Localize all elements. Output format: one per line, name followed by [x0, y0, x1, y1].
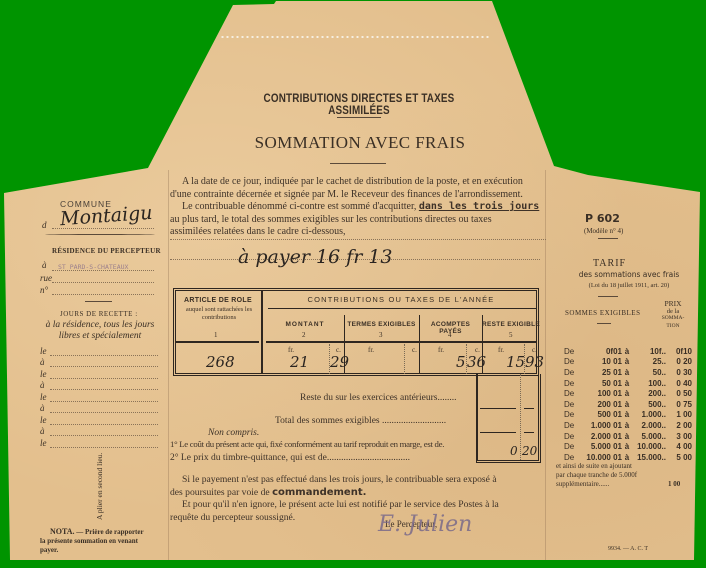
cell-reste-fr: 15: [506, 353, 525, 371]
group-underline: [268, 308, 536, 309]
col-header-article: ARTICLE DE ROLE: [178, 297, 258, 304]
unit-c: c.: [412, 346, 417, 354]
signature: E. Julien: [378, 512, 472, 537]
cell-acomptes-fr: 5: [456, 353, 466, 371]
tarif-to: 50..: [632, 368, 666, 377]
para2-line1: Le contribuable dénommé ci-contre est so…: [170, 201, 546, 214]
reste-du-text: Reste du sur les exercices antérieurs: [300, 393, 437, 403]
tarif-a: à: [622, 357, 632, 366]
tarif-row: De10.000 01à15.000..5 00: [564, 452, 694, 463]
tarif-from: 0f01: [586, 347, 622, 356]
tarif-row: De25 01à50..0 30: [564, 367, 694, 378]
right-divider: [598, 238, 618, 239]
header-divider: [337, 117, 381, 118]
tarif-to: 25..: [632, 357, 666, 366]
tarif-de: De: [564, 400, 586, 409]
warning-paragraph: Si le payement n'est pas effectué dans l…: [170, 474, 546, 524]
tarif-law: (Loi du 18 juillet 1911, art. 20): [556, 282, 702, 289]
title-divider: [330, 163, 386, 164]
total-label: Total des sommes exigibles .............…: [275, 415, 446, 428]
schedule-label: à: [40, 380, 50, 390]
jours-text-line2: libres et spécialement: [30, 331, 170, 342]
printer-code: 9934. — A. C. T: [608, 546, 648, 552]
tarif-row: De1.000 01à2.000..2 00: [564, 420, 694, 431]
handwritten-amount: à payer 16 fr 13: [238, 246, 393, 268]
form-code: P 602: [585, 212, 620, 225]
tarif-price: 1 00: [666, 410, 692, 419]
schedule-label: le: [40, 438, 50, 448]
group-header: CONTRIBUTIONS OU TAXES DE L'ANNÉE: [266, 295, 536, 304]
tarif-row: De50 01à100..0 40: [564, 378, 694, 389]
tarif-row: De5.000 01à10.000..4 00: [564, 441, 694, 452]
total-line: [524, 432, 534, 433]
tarif-extra-price: 1 00: [668, 480, 696, 489]
tarif-price: 4 00: [666, 442, 692, 451]
schedule-row: le: [40, 344, 158, 356]
tarif-from: 200 01: [586, 400, 622, 409]
commune-flourish: [45, 234, 155, 235]
tarif-price: 2 00: [666, 421, 692, 430]
tarif-row: De500 01à1.000..1 00: [564, 410, 694, 421]
reste-du-line: [524, 408, 534, 409]
rue-field[interactable]: [52, 282, 154, 283]
prix-line4: TION: [648, 323, 698, 331]
nota-text3: payer.: [40, 546, 162, 555]
tarif-title: TARIF: [593, 258, 626, 269]
schedule-field[interactable]: [50, 424, 158, 425]
cents-divider: [404, 344, 405, 374]
numero-label: n°: [40, 285, 48, 295]
perforation-line: [220, 36, 490, 38]
nota-title: NOTA.: [50, 527, 75, 536]
totals-box: 0 20: [476, 374, 541, 463]
schedule-field[interactable]: [50, 355, 158, 356]
intro-paragraph: A la date de ce jour, indiquée par le ca…: [170, 176, 546, 240]
tarif-subtitle: des sommations avec frais: [556, 270, 702, 279]
tarif-to: 200..: [632, 389, 666, 398]
nota-line1: NOTA. — Prière de rapporter: [40, 527, 162, 537]
col-num-2: 2: [302, 331, 306, 339]
tarif-de: De: [564, 379, 586, 388]
tarif-row: De200 01à500..0 75: [564, 399, 694, 410]
tarif-from: 500 01: [586, 410, 622, 419]
fold-instruction: A plier en second lieu.: [95, 430, 104, 520]
tarif-de: De: [564, 432, 586, 441]
contributions-table: ARTICLE DE ROLE auquel sont rattachées l…: [173, 288, 539, 376]
residence-label: RÉSIDENCE DU PERCEPTEUR: [52, 247, 161, 255]
department-header: CONTRIBUTIONS DIRECTES ET TAXES ASSIMILÉ…: [238, 93, 481, 117]
tarif-from: 25 01: [586, 368, 622, 377]
tarif-from: 5.000 01: [586, 442, 622, 451]
tarif-de: De: [564, 453, 586, 462]
model-number: (Modèle n° 4): [584, 227, 623, 235]
cell-acomptes-c: 36: [467, 353, 486, 371]
prix-line1: PRIX: [648, 300, 698, 308]
document-title: SOMMATION AVEC FRAIS: [200, 133, 520, 153]
nota-text2: la présente sommation en venant: [40, 537, 162, 546]
unit-fr: fr.: [438, 346, 444, 354]
tarif-row: De100 01à200..0 50: [564, 388, 694, 399]
tarif-price: 0 20: [666, 357, 692, 366]
tarif-row: De2.000 01à5.000..3 00: [564, 431, 694, 442]
tarif-de: De: [564, 347, 586, 356]
cout-line: 1° Le coût du présent acte qui, fixé con…: [170, 438, 444, 451]
right-divider: [597, 323, 611, 324]
schedule-label: le: [40, 415, 50, 425]
prix-line3: SOMMA-: [648, 315, 698, 323]
timbre-fr: 0: [510, 444, 518, 458]
para3-line1: Si le payement n'est pas effectué dans l…: [170, 474, 546, 487]
schedule-field[interactable]: [50, 412, 158, 413]
reste-du-line: [480, 408, 516, 409]
cents-divider: [520, 374, 521, 460]
schedule-label: à: [40, 426, 50, 436]
tarif-extra-line2: par chaque tranche de 5.000f: [556, 471, 696, 480]
unit-fr: fr.: [368, 346, 374, 354]
total-line: [480, 432, 516, 433]
tarif-de: De: [564, 442, 586, 451]
schedule-label: le: [40, 369, 50, 379]
schedule-row: à: [40, 379, 158, 391]
tarif-a: à: [622, 368, 632, 377]
tarif-from: 10.000 01: [586, 453, 622, 462]
tarif-row: De0f01à10f..0f10: [564, 346, 694, 357]
total-text: Total des sommes exigibles: [275, 416, 380, 426]
para4-line1: Et pour qu'il n'en ignore, le présent ac…: [170, 499, 546, 512]
tarif-to: 10.000..: [632, 442, 666, 451]
schedule-field[interactable]: [50, 447, 158, 448]
col-sommes-header: SOMMES EXIGIBLES: [565, 309, 640, 317]
timbre-c: 20: [522, 444, 537, 458]
jours-text: à la résidence, tous les jours libres et…: [30, 320, 170, 342]
para3-text: des poursuites par voie de: [170, 487, 270, 498]
para2-line3: assimilées relatées dans le cadre ci-des…: [170, 226, 546, 240]
tarif-to: 10f..: [632, 347, 666, 356]
tarif-from: 10 01: [586, 357, 622, 366]
tarif-a: à: [622, 347, 632, 356]
schedule-row: le: [40, 367, 158, 379]
col-num-1: 1: [214, 331, 218, 339]
schedule-label: le: [40, 346, 50, 356]
right-divider: [598, 296, 618, 297]
col-num-4: 4: [448, 331, 452, 339]
tarif-price: 3 00: [666, 432, 692, 441]
para3-line2: des poursuites par voie de commandement.: [170, 487, 546, 500]
tarif-de: De: [564, 357, 586, 366]
tarif-from: 1.000 01: [586, 421, 622, 430]
tarif-price: 0 50: [666, 389, 692, 398]
jours-text-line1: à la résidence, tous les jours: [30, 320, 170, 331]
para4-line2: requête du percepteur soussigné.: [170, 512, 546, 525]
fold-line-left: [168, 170, 169, 560]
tarif-to: 100..: [632, 379, 666, 388]
tarif-de: De: [564, 368, 586, 377]
schedule-row: à: [40, 356, 158, 368]
para2-line2: au plus tard, le total des sommes exigib…: [170, 214, 546, 227]
tarif-a: à: [622, 379, 632, 388]
tarif-a: à: [622, 432, 632, 441]
schedule-field[interactable]: [50, 378, 158, 379]
residence-a-label: à: [42, 260, 47, 270]
col-sub-article: auquel sont rattachées les contributions: [180, 306, 258, 322]
tarif-to: 500..: [632, 400, 666, 409]
rue-label: rue: [40, 273, 52, 283]
commandement-emphasis: commandement.: [272, 487, 366, 498]
tarif-to: 5.000..: [632, 432, 666, 441]
cell-montant-fr: 21: [290, 353, 309, 371]
deadline-emphasis: dans les trois jours: [419, 201, 539, 212]
tarif-price: 0f10: [666, 347, 692, 356]
tarif-de: De: [564, 389, 586, 398]
numero-field[interactable]: [52, 294, 154, 295]
schedule-field[interactable]: [50, 401, 158, 402]
timbre-text: 2° Le prix du timbre-quittance, qui est …: [170, 453, 327, 463]
col-header-reste: RESTE EXIGIBLE: [482, 321, 540, 328]
col-header-montant: MONTANT: [266, 321, 344, 328]
tarif-from: 100 01: [586, 389, 622, 398]
tarif-from: 50 01: [586, 379, 622, 388]
schedule-row: à: [40, 402, 158, 414]
row-divider: [266, 341, 536, 343]
tarif-a: à: [622, 400, 632, 409]
tarif-table: De0f01à10f..0f10 De10 01à25..0 20 De25 0…: [564, 346, 694, 463]
jours-recette-label: JOURS DE RECETTE :: [60, 310, 138, 318]
tarif-price: 0 40: [666, 379, 692, 388]
residence-stamp: ST PARD-S-CHATEAUX: [58, 263, 128, 271]
cell-montant-c: 29: [330, 353, 349, 371]
schedule-field[interactable]: [50, 389, 158, 390]
cell-reste-c: 93: [525, 353, 544, 371]
tarif-price: 5 00: [666, 453, 692, 462]
schedule-row: le: [40, 390, 158, 402]
unit-fr: fr.: [498, 346, 504, 354]
tarif-row: De10 01à25..0 20: [564, 357, 694, 368]
col-divider: [261, 291, 263, 373]
col-num-3: 3: [379, 331, 383, 339]
nota-text1: — Prière de rapporter: [76, 528, 143, 536]
tarif-a: à: [622, 442, 632, 451]
leader-dots: ...........................: [380, 416, 447, 426]
tarif-price: 0 30: [666, 368, 692, 377]
tarif-to: 1.000..: [632, 410, 666, 419]
prix-line2: de la: [648, 308, 698, 316]
tarif-de: De: [564, 410, 586, 419]
para2-text: Le contribuable dénommé ci-contre est so…: [182, 201, 416, 212]
tarif-to: 15.000..: [632, 453, 666, 462]
left-divider: [85, 301, 112, 302]
tarif-a: à: [622, 421, 632, 430]
tarif-a: à: [622, 389, 632, 398]
schedule-label: à: [40, 357, 50, 367]
schedule-label: le: [40, 392, 50, 402]
timbre-line: 2° Le prix du timbre-quittance, qui est …: [170, 452, 410, 465]
schedule-field[interactable]: [50, 366, 158, 367]
cell-article: 268: [206, 353, 235, 371]
tarif-de: De: [564, 421, 586, 430]
schedule-row: le: [40, 413, 158, 425]
tarif-a: à: [622, 410, 632, 419]
para1-line2: d'une contrainte décernée et signée par …: [170, 189, 546, 202]
commune-d-label: d: [42, 220, 47, 230]
tarif-price: 0 75: [666, 400, 692, 409]
schedule-field[interactable]: [50, 435, 158, 436]
tarif-extra-text: supplémentaire......: [556, 480, 668, 489]
row-divider: [176, 341, 259, 343]
nota-block: NOTA. — Prière de rapporter la présente …: [40, 527, 162, 555]
leader-dots: ........: [437, 393, 456, 403]
tarif-to: 2.000..: [632, 421, 666, 430]
reste-du-label: Reste du sur les exercices antérieurs...…: [300, 392, 456, 405]
tarif-extra: et ainsi de suite en ajoutant par chaque…: [556, 462, 696, 489]
tarif-a: à: [622, 453, 632, 462]
leader-dots: ...................................: [327, 453, 410, 463]
schedule-label: à: [40, 403, 50, 413]
col-prix-header: PRIX de la SOMMA- TION: [648, 300, 698, 330]
tarif-extra-line3: supplémentaire......1 00: [556, 480, 696, 489]
para1-line1: A la date de ce jour, indiquée par le ca…: [170, 176, 546, 189]
tarif-extra-line1: et ainsi de suite en ajoutant: [556, 462, 696, 471]
col-num-5: 5: [509, 331, 513, 339]
tarif-from: 2.000 01: [586, 432, 622, 441]
col-header-termes: TERMES EXIGIBLES: [344, 321, 419, 328]
